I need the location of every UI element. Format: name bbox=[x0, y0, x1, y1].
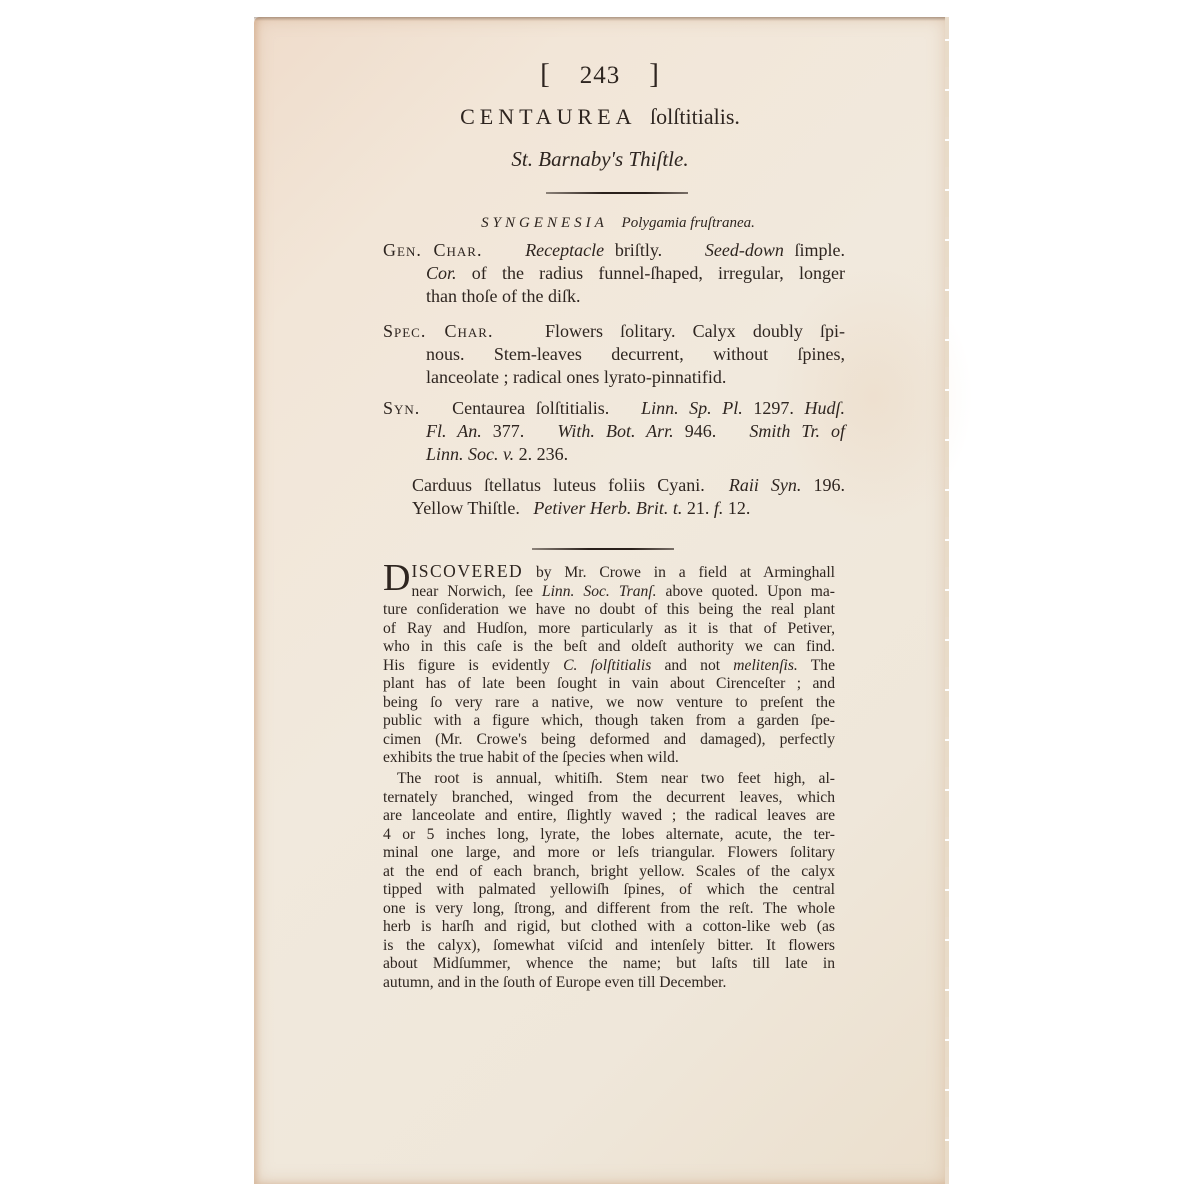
bracket-open: [ bbox=[540, 58, 551, 90]
italic-ref: Linn. Soc. v. bbox=[426, 444, 514, 464]
text: Yellow Thiſtle. bbox=[412, 498, 520, 518]
bracket-close: ] bbox=[649, 58, 660, 90]
page-number: [ 243 ] bbox=[0, 58, 1200, 91]
text: near Norwich, ſee bbox=[411, 583, 541, 600]
drop-cap: D bbox=[383, 563, 410, 593]
discovery-line-10: cimen (Mr. Crowe's being deformed and da… bbox=[383, 731, 835, 750]
text: The bbox=[798, 657, 835, 674]
syn-label: Syn. bbox=[383, 398, 420, 418]
text: above quoted. Upon ma- bbox=[657, 583, 835, 600]
discovery-line-6: His figure is evidently C. ſolſtitialis … bbox=[383, 657, 835, 676]
genus-name: CENTAUREA bbox=[460, 104, 636, 129]
text: ſimple. bbox=[784, 240, 845, 260]
syn-line-1: Syn. Centaurea ſolſtitialis. Linn. Sp. P… bbox=[383, 397, 845, 420]
text: by Mr. Crowe in a field at Arminghall bbox=[523, 564, 835, 581]
generic-character: Gen. Char. Receptacle briſtly. Seed-down… bbox=[383, 239, 845, 308]
text: Centaurea ſolſtitialis. bbox=[452, 398, 609, 418]
syn-line-4: Carduus ſtellatus luteus foliis Cyani. R… bbox=[383, 474, 845, 497]
description-line-5: minal one large, and more or leſs triang… bbox=[383, 844, 835, 863]
italic-term: C. ſolſtitialis bbox=[563, 657, 651, 674]
description-line-6: at the end of each branch, bright yellow… bbox=[383, 863, 835, 882]
class-name: SYNGENESIA bbox=[481, 215, 608, 231]
discovery-line-9: public with a figure which, though taken… bbox=[383, 712, 835, 731]
italic-term: melitenſis. bbox=[733, 657, 798, 674]
ref-number: 2. 236. bbox=[519, 444, 569, 464]
gen-char-line-1: Gen. Char. Receptacle briſtly. Seed-down… bbox=[383, 239, 845, 262]
ref-number: 12. bbox=[728, 498, 751, 518]
description-line-9: herb is harſh and rigid, but clothed wit… bbox=[383, 918, 835, 937]
italic-ref: Raii Syn. bbox=[729, 475, 802, 495]
ref-number: 196. bbox=[814, 475, 846, 495]
ref-number: 946. bbox=[685, 421, 717, 441]
italic-term: Cor. bbox=[426, 263, 457, 283]
spec-char-line-1: Spec. Char. Flowers ſolitary. Calyx doub… bbox=[383, 320, 845, 343]
description-line-11: about Midſummer, whence the name; but la… bbox=[383, 955, 835, 974]
italic-ref: Linn. Sp. Pl. bbox=[641, 398, 743, 418]
text: of the radius funnel-ſhaped, irregular, … bbox=[457, 263, 845, 283]
gen-char-label: Gen. Char. bbox=[383, 240, 482, 260]
italic-ref: Hudſ. bbox=[805, 398, 846, 418]
synonyms: Syn. Centaurea ſolſtitialis. Linn. Sp. P… bbox=[383, 397, 845, 520]
ref-number: 377. bbox=[493, 421, 525, 441]
text: and not bbox=[651, 657, 733, 674]
text: Carduus ſtellatus luteus foliis Cyani. bbox=[412, 475, 705, 495]
syn-line-2: Fl. An. 377. With. Bot. Arr. 946. Smith … bbox=[383, 420, 845, 443]
description-line-7: tipped with palmated yellowiſh ſpines, o… bbox=[383, 881, 835, 900]
italic-term: Receptacle bbox=[525, 240, 604, 260]
gen-char-line-3: than thoſe of the diſk. bbox=[383, 285, 845, 308]
classification: SYNGENESIA Polygamia fruſtranea. bbox=[0, 215, 1200, 232]
text: His figure is evidently bbox=[383, 657, 563, 674]
spec-char-label: Spec. Char. bbox=[383, 321, 493, 341]
description-paragraph: The root is annual, whitiſh. Stem near t… bbox=[383, 770, 835, 992]
text: Flowers ſolitary. Calyx doubly ſpi- bbox=[545, 321, 845, 341]
order-name: Polygamia fruſtranea. bbox=[622, 215, 755, 231]
divider-rule bbox=[546, 192, 688, 194]
description-line-10: is the calyx), ſomewhat viſcid and inten… bbox=[383, 937, 835, 956]
discovery-line-5: who in this caſe is the beſt and oldeſt … bbox=[383, 638, 835, 657]
italic-ref: Linn. Soc. Tranſ. bbox=[542, 583, 657, 600]
italic-ref: Petiver Herb. Brit. t. bbox=[533, 498, 682, 518]
text: briſtly. bbox=[604, 240, 673, 260]
italic-term: Seed-down bbox=[705, 240, 784, 260]
ref-number: 21. bbox=[687, 498, 710, 518]
gen-char-line-2: Cor. of the radius funnel-ſhaped, irregu… bbox=[383, 262, 845, 285]
discovery-line-2: near Norwich, ſee Linn. Soc. Tranſ. abov… bbox=[383, 583, 835, 602]
italic-ref: Smith Tr. of bbox=[749, 421, 845, 441]
description-line-8: one is very long, ſtrong, and different … bbox=[383, 900, 835, 919]
discovery-line-3: ture conſideration we have no doubt of t… bbox=[383, 601, 835, 620]
syn-line-3: Linn. Soc. v. 2. 236. bbox=[383, 443, 845, 466]
discovery-line-1: ISCOVERED by Mr. Crowe in a field at Arm… bbox=[383, 562, 835, 583]
species-name: ſolſtitialis. bbox=[650, 104, 740, 129]
italic-ref: With. Bot. Arr. bbox=[557, 421, 673, 441]
discovery-line-7: plant has of late been ſought in vain ab… bbox=[383, 675, 835, 694]
description-line-1: The root is annual, whitiſh. Stem near t… bbox=[383, 770, 835, 789]
spec-char-line-2: nous. Stem-leaves decurrent, without ſpi… bbox=[383, 343, 845, 366]
divider-rule bbox=[532, 548, 674, 550]
page-number-value: 243 bbox=[580, 62, 621, 89]
ref-number: 1297. bbox=[753, 398, 794, 418]
description-line-2: ternately branched, winged from the decu… bbox=[383, 789, 835, 808]
description-line-3: are lanceolate and entire, ſlightly wave… bbox=[383, 807, 835, 826]
specific-character: Spec. Char. Flowers ſolitary. Calyx doub… bbox=[383, 320, 845, 389]
discovery-line-11: exhibits the true habit of the ſpecies w… bbox=[383, 749, 835, 768]
description-line-12: autumn, and in the ſouth of Europe even … bbox=[383, 974, 835, 993]
page-title: CENTAUREA ſolſtitialis. bbox=[0, 104, 1200, 130]
description-line-4: 4 or 5 inches long, lyrate, the lobes al… bbox=[383, 826, 835, 845]
discovery-paragraph: D ISCOVERED by Mr. Crowe in a field at A… bbox=[383, 562, 835, 768]
discovery-line-8: being ſo very rare a native, we now vent… bbox=[383, 694, 835, 713]
italic-ref: Fl. An. bbox=[426, 421, 482, 441]
discovery-line-4: of Ray and Hudſon, more particularly as … bbox=[383, 620, 835, 639]
syn-line-5: Yellow Thiſtle. Petiver Herb. Brit. t. 2… bbox=[383, 497, 845, 520]
common-name: St. Barnaby's Thiſtle. bbox=[0, 147, 1200, 172]
spec-char-line-3: lanceolate ; radical ones lyrato-pinnati… bbox=[383, 366, 845, 389]
small-caps-word: ISCOVERED bbox=[411, 561, 523, 581]
italic-ref: f. bbox=[714, 498, 724, 518]
